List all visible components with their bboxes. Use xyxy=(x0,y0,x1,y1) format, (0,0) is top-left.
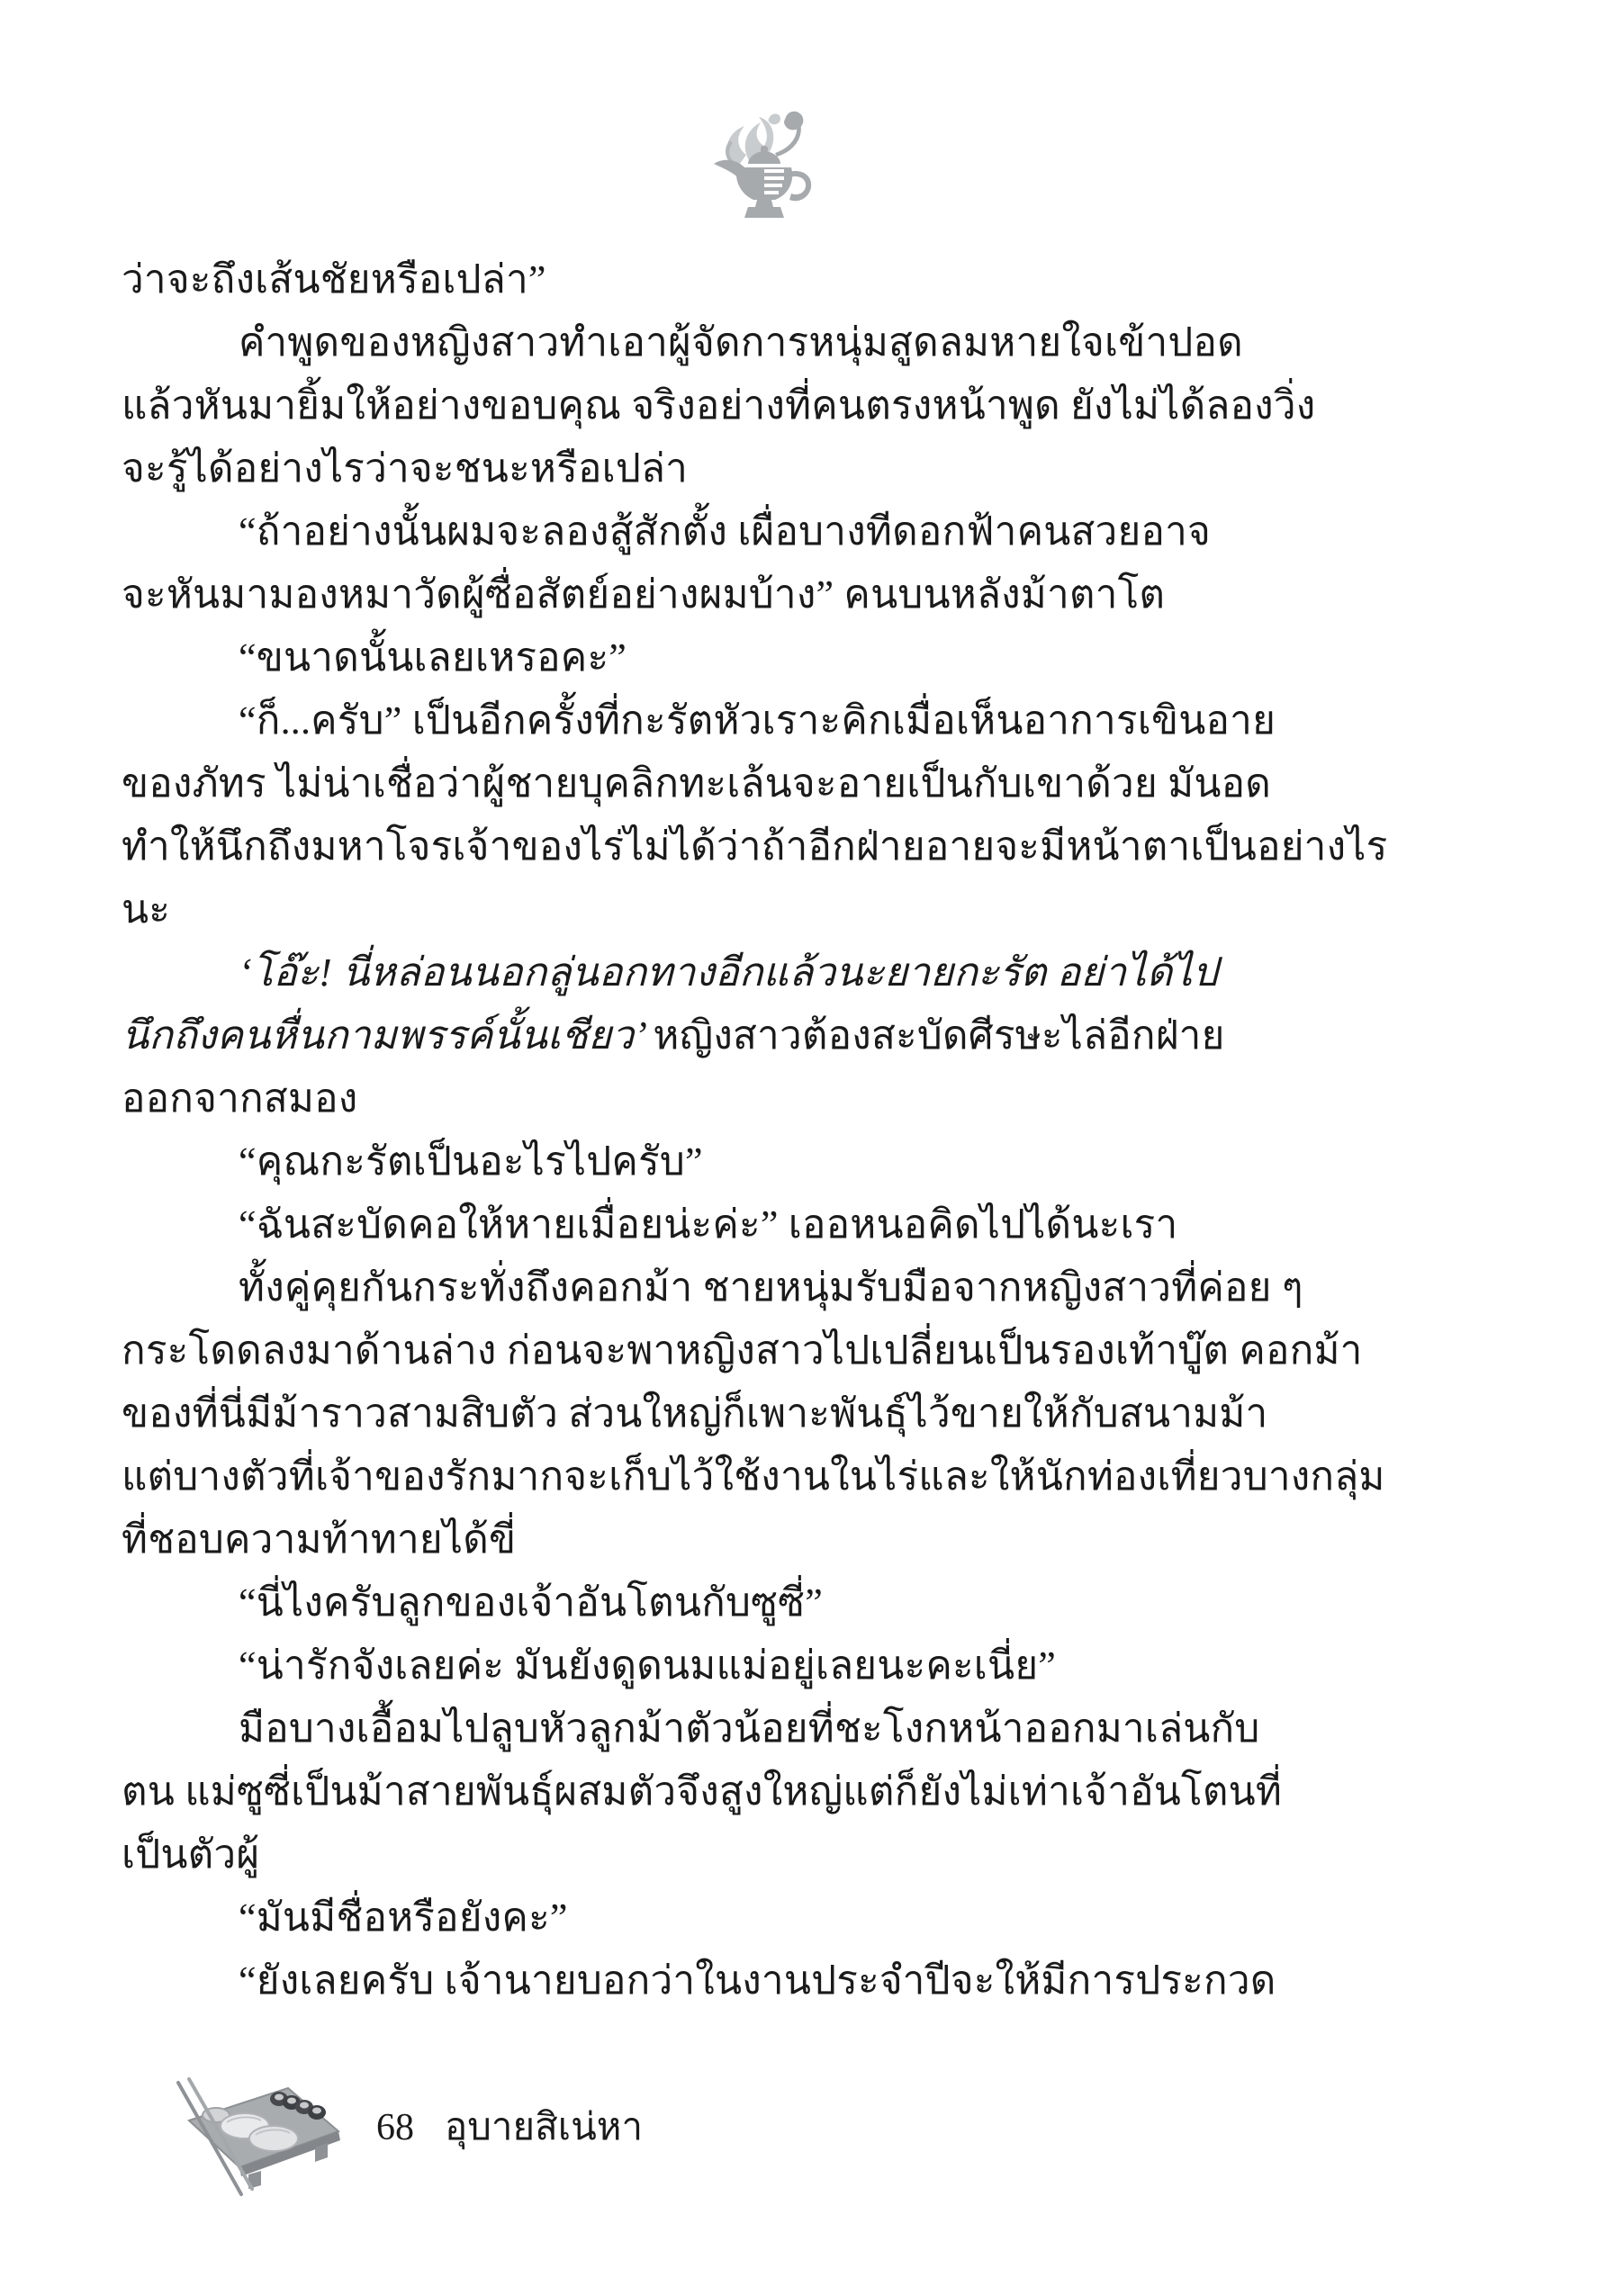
text-line: “ขนาดนั้นเลยเหรอคะ” xyxy=(122,626,1494,689)
text-line: ของภัทร ไม่น่าเชื่อว่าผู้ชายบุคลิกทะเล้น… xyxy=(122,752,1494,815)
text-line: จะรู้ได้อย่างไรว่าจะชนะหรือเปล่า xyxy=(122,437,1494,500)
text-segment: ทำให้นึกถึงมหาโจรเจ้าของไร่ไม่ได้ว่าถ้าอ… xyxy=(122,824,1387,869)
text-segment: “ฉันสะบัดคอให้หายเมื่อยน่ะค่ะ” เออหนอคิด… xyxy=(239,1202,1177,1247)
text-line: ว่าจะถึงเส้นชัยหรือเปล่า” xyxy=(122,248,1494,311)
text-line: “มันมีชื่อหรือยังคะ” xyxy=(122,1886,1494,1949)
text-segment: ตน แม่ซูซี่เป็นม้าสายพันธุ์ผสมตัวจึงสูงใ… xyxy=(122,1769,1282,1814)
text-segment: ออกจากสมอง xyxy=(122,1076,357,1121)
text-segment: จะหันมามองหมาวัดผู้ซื่อสัตย์อย่างผมบ้าง”… xyxy=(122,572,1165,617)
text-line: ที่ชอบความท้าทายได้ขี่ xyxy=(122,1508,1494,1571)
text-segment: ‘โอ๊ะ! นี่หล่อนนอกลู่นอกทางอีกแล้วนะยายก… xyxy=(239,950,1218,995)
text-segment: นึกถึงคนหื่นกามพรรค์นั้นเชียว’ xyxy=(122,1013,653,1058)
text-line: “ยังเลยครับ เจ้านายบอกว่าในงานประจำปีจะใ… xyxy=(122,1949,1494,2012)
text-line: คำพูดของหญิงสาวทำเอาผู้จัดการหนุ่มสูดลมห… xyxy=(122,311,1494,374)
book-title: อุบายสิเน่หา xyxy=(445,2104,643,2151)
text-segment: ทั้งคู่คุยกันกระทั่งถึงคอกม้า ชายหนุ่มรั… xyxy=(239,1265,1303,1310)
text-line: นึกถึงคนหื่นกามพรรค์นั้นเชียว’ หญิงสาวต้… xyxy=(122,1004,1494,1067)
text-line: มือบางเอื้อมไปลูบหัวลูกม้าตัวน้อยที่ชะโง… xyxy=(122,1697,1494,1760)
page-number: 68 xyxy=(376,2104,414,2151)
text-line: “ฉันสะบัดคอให้หายเมื่อยน่ะค่ะ” เออหนอคิด… xyxy=(122,1193,1494,1256)
text-line: “นี่ไงครับลูกของเจ้าอันโตนกับซูซี่” xyxy=(122,1571,1494,1634)
text-segment: มือบางเอื้อมไปลูบหัวลูกม้าตัวน้อยที่ชะโง… xyxy=(239,1706,1260,1751)
page-footer: 68 อุบายสิเน่หา xyxy=(376,2104,643,2151)
text-line: “คุณกะรัตเป็นอะไรไปครับ” xyxy=(122,1130,1494,1193)
text-line: จะหันมามองหมาวัดผู้ซื่อสัตย์อย่างผมบ้าง”… xyxy=(122,563,1494,626)
text-line: ของที่นี่มีม้าราวสามสิบตัว ส่วนใหญ่ก็เพา… xyxy=(122,1382,1494,1445)
text-segment: แต่บางตัวที่เจ้าของรักมากจะเก็บไว้ใช้งาน… xyxy=(122,1454,1385,1499)
text-line: กระโดดลงมาด้านล่าง ก่อนจะพาหญิงสาวไปเปลี… xyxy=(122,1319,1494,1382)
text-segment: ที่ชอบความท้าทายได้ขี่ xyxy=(122,1517,516,1562)
genie-lamp-icon xyxy=(707,104,822,223)
text-segment: แล้วหันมายิ้มให้อย่างขอบคุณ จริงอย่างที่… xyxy=(122,383,1315,428)
text-line: เป็นตัวผู้ xyxy=(122,1823,1494,1886)
book-page: ว่าจะถึงเส้นชัยหรือเปล่า”คำพูดของหญิงสาว… xyxy=(0,0,1605,2296)
text-line: ทั้งคู่คุยกันกระทั่งถึงคอกม้า ชายหนุ่มรั… xyxy=(122,1256,1494,1319)
text-line: แต่บางตัวที่เจ้าของรักมากจะเก็บไว้ใช้งาน… xyxy=(122,1445,1494,1508)
text-segment: คำพูดของหญิงสาวทำเอาผู้จัดการหนุ่มสูดลมห… xyxy=(239,320,1243,365)
text-line: ‘โอ๊ะ! นี่หล่อนนอกลู่นอกทางอีกแล้วนะยายก… xyxy=(122,941,1494,1004)
text-line: “ก็...ครับ” เป็นอีกครั้งที่กะรัตหัวเราะค… xyxy=(122,689,1494,752)
text-line: “ถ้าอย่างนั้นผมจะลองสู้สักตั้ง เผื่อบางท… xyxy=(122,500,1494,563)
text-line: ตน แม่ซูซี่เป็นม้าสายพันธุ์ผสมตัวจึงสูงใ… xyxy=(122,1760,1494,1823)
text-segment: “ถ้าอย่างนั้นผมจะลองสู้สักตั้ง เผื่อบางท… xyxy=(239,509,1211,554)
text-segment: “นี่ไงครับลูกของเจ้าอันโตนกับซูซี่” xyxy=(239,1580,823,1625)
text-segment: ของภัทร ไม่น่าเชื่อว่าผู้ชายบุคลิกทะเล้น… xyxy=(122,761,1271,806)
sushi-platter-icon xyxy=(151,2075,349,2203)
text-segment: นะ xyxy=(122,887,170,932)
text-segment: “ก็...ครับ” เป็นอีกครั้งที่กะรัตหัวเราะค… xyxy=(239,698,1276,743)
text-segment: “ยังเลยครับ เจ้านายบอกว่าในงานประจำปีจะใ… xyxy=(239,1958,1276,2003)
text-segment: “คุณกะรัตเป็นอะไรไปครับ” xyxy=(239,1139,703,1184)
text-segment: หญิงสาวต้องสะบัดศีรษะไล่อีกฝ่าย xyxy=(653,1013,1224,1058)
text-segment: กระโดดลงมาด้านล่าง ก่อนจะพาหญิงสาวไปเปลี… xyxy=(122,1328,1363,1373)
text-segment: “มันมีชื่อหรือยังคะ” xyxy=(239,1895,568,1940)
text-segment: จะรู้ได้อย่างไรว่าจะชนะหรือเปล่า xyxy=(122,446,688,491)
text-line: “น่ารักจังเลยค่ะ มันยังดูดนมแม่อยู่เลยนะ… xyxy=(122,1634,1494,1697)
text-segment: เป็นตัวผู้ xyxy=(122,1832,259,1877)
text-segment: ของที่นี่มีม้าราวสามสิบตัว ส่วนใหญ่ก็เพา… xyxy=(122,1391,1267,1436)
text-line: นะ xyxy=(122,878,1494,941)
text-segment: “ขนาดนั้นเลยเหรอคะ” xyxy=(239,635,627,680)
page-body: ว่าจะถึงเส้นชัยหรือเปล่า”คำพูดของหญิงสาว… xyxy=(122,248,1494,2012)
text-line: ออกจากสมอง xyxy=(122,1067,1494,1130)
text-segment: ว่าจะถึงเส้นชัยหรือเปล่า” xyxy=(122,257,546,302)
text-line: ทำให้นึกถึงมหาโจรเจ้าของไร่ไม่ได้ว่าถ้าอ… xyxy=(122,815,1494,878)
text-segment: “น่ารักจังเลยค่ะ มันยังดูดนมแม่อยู่เลยนะ… xyxy=(239,1643,1056,1688)
text-line: แล้วหันมายิ้มให้อย่างขอบคุณ จริงอย่างที่… xyxy=(122,374,1494,437)
